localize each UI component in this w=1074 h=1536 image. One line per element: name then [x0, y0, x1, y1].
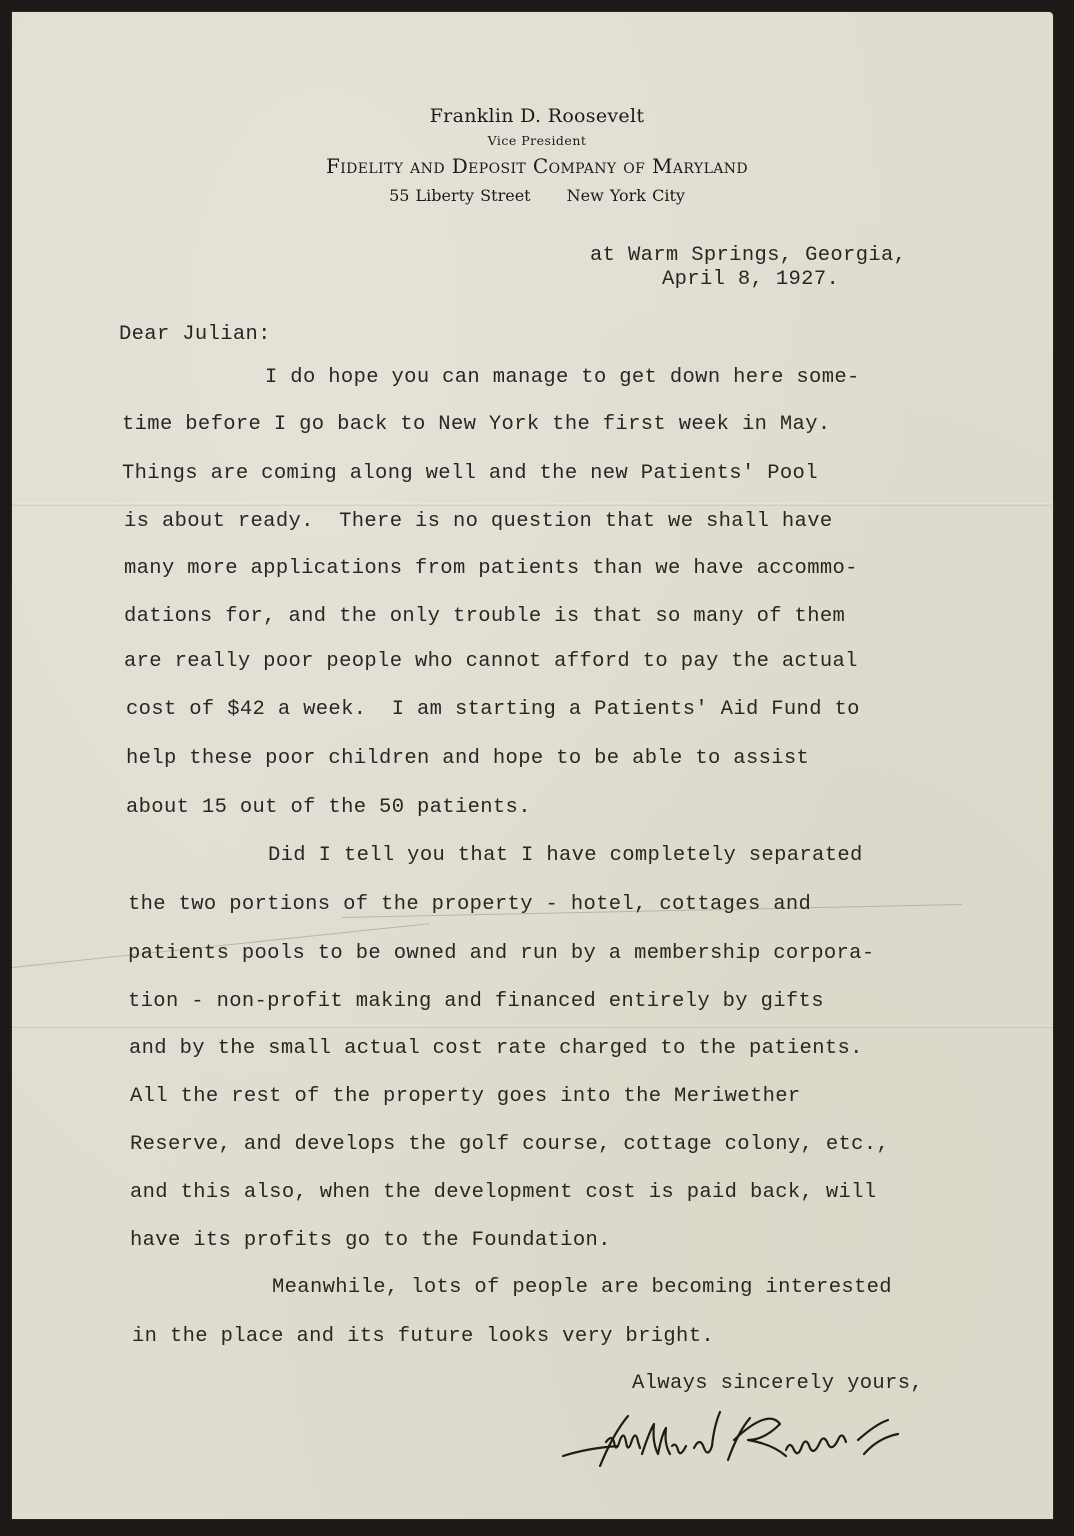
body-line: Reserve, and develops the golf course, c… — [130, 1133, 889, 1156]
body-line: in the place and its future looks very b… — [132, 1325, 714, 1348]
letterhead-address: 55 Liberty StreetNew York City — [0, 186, 1074, 205]
body-line: the two portions of the property - hotel… — [128, 893, 811, 916]
body-line: and by the small actual cost rate charge… — [129, 1037, 863, 1060]
fold-line — [12, 1025, 1053, 1028]
body-line: are really poor people who cannot afford… — [124, 650, 858, 673]
body-line: tion - non-profit making and financed en… — [128, 990, 824, 1013]
body-line: Things are coming along well and the new… — [122, 462, 818, 485]
body-line: Did I tell you that I have completely se… — [268, 844, 863, 867]
salutation: Dear Julian: — [119, 323, 271, 346]
letterhead-street: 55 Liberty Street — [389, 186, 531, 205]
letterhead-city: New York City — [567, 186, 685, 205]
body-line: dations for, and the only trouble is tha… — [124, 605, 845, 628]
letterhead-name: Franklin D. Roosevelt — [0, 105, 1074, 127]
letterhead-title: Vice President — [0, 133, 1074, 148]
closing: Always sincerely yours, — [632, 1372, 923, 1395]
letterhead-company: Fidelity and Deposit Company of Maryland — [0, 154, 1074, 178]
body-line: have its profits go to the Foundation. — [130, 1229, 611, 1252]
body-line: many more applications from patients tha… — [124, 557, 858, 580]
body-line: patients pools to be owned and run by a … — [128, 942, 874, 965]
body-line: cost of $42 a week. I am starting a Pati… — [126, 698, 860, 721]
body-line: help these poor children and hope to be … — [126, 747, 809, 770]
body-line: and this also, when the development cost… — [130, 1181, 876, 1204]
body-line: is about ready. There is no question tha… — [124, 510, 833, 533]
body-line: Meanwhile, lots of people are becoming i… — [272, 1276, 892, 1299]
body-line: time before I go back to New York the fi… — [122, 413, 831, 436]
body-line: I do hope you can manage to get down her… — [265, 366, 860, 389]
body-line: about 15 out of the 50 patients. — [126, 796, 531, 819]
dateline-date: April 8, 1927. — [662, 268, 839, 291]
dateline-place: at Warm Springs, Georgia, — [590, 244, 906, 267]
body-line: All the rest of the property goes into t… — [130, 1085, 801, 1108]
handwritten-signature-icon — [558, 1410, 938, 1470]
fold-line — [12, 503, 1053, 506]
